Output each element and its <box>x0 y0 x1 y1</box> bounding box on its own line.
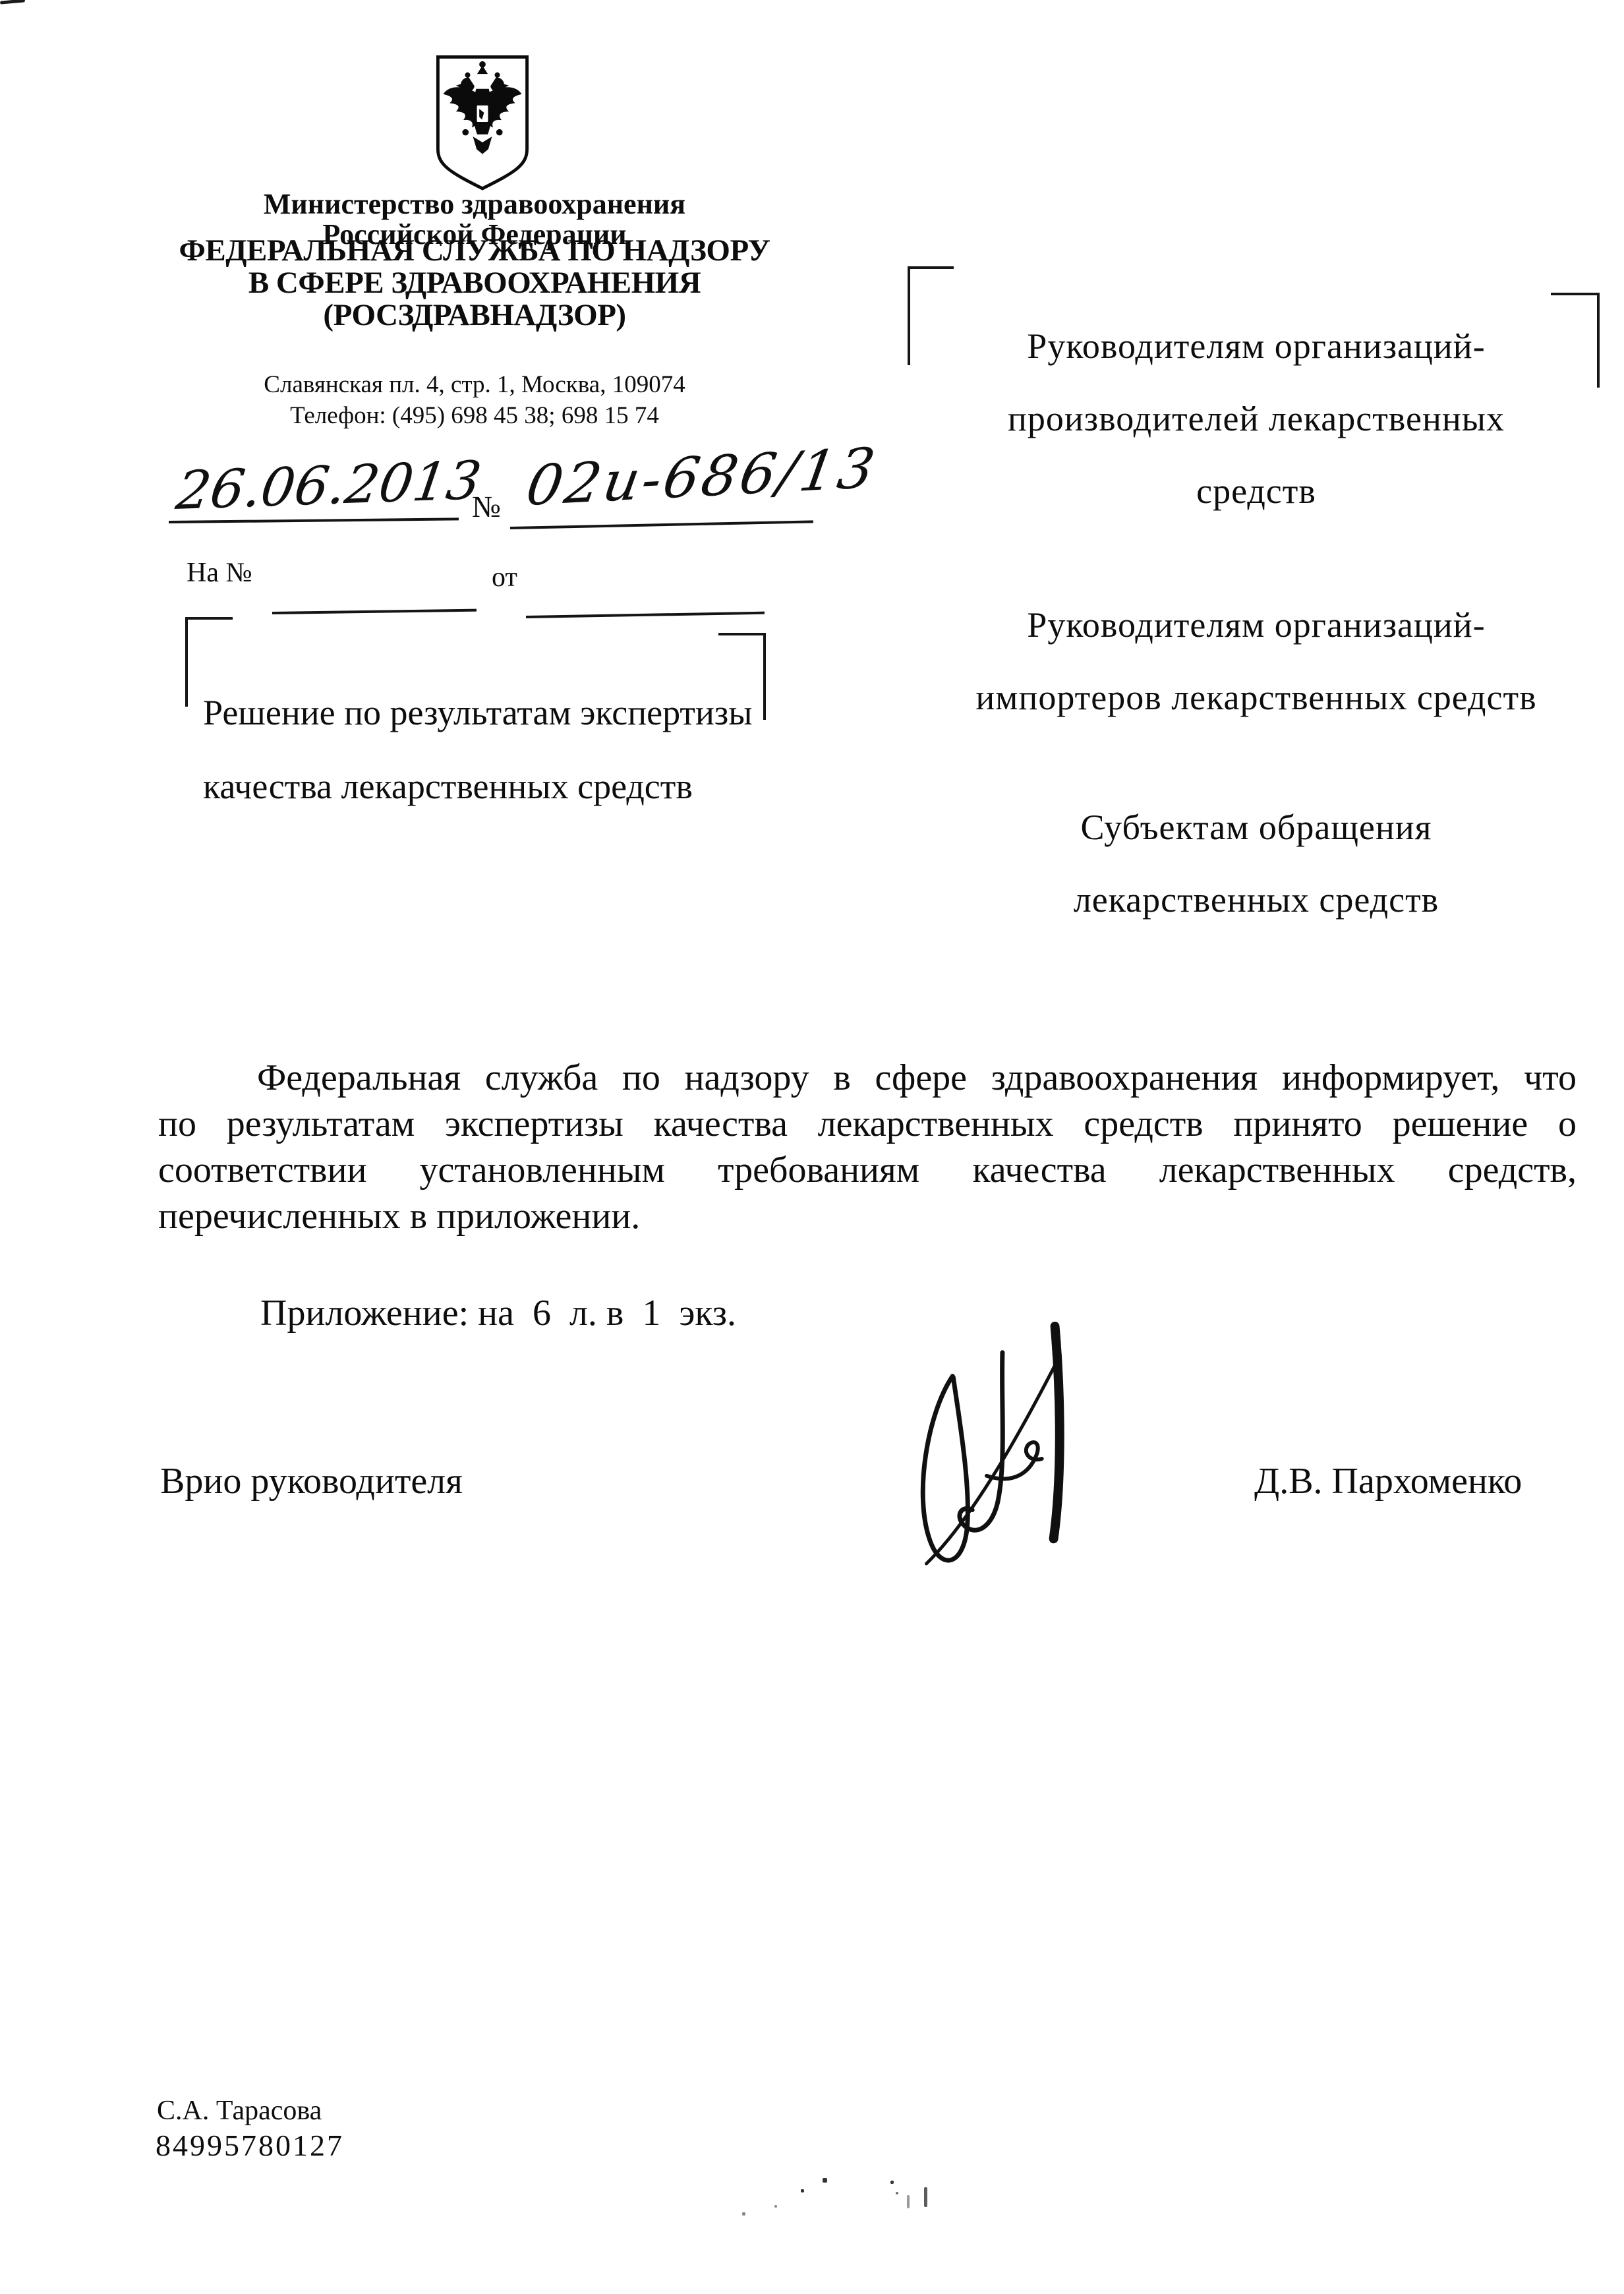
subject-line-2: качества лекарственных средств <box>203 750 796 823</box>
scan-artifact-dash <box>0 0 25 5</box>
reply-to-label: На № <box>187 557 252 589</box>
body-line-1: Федеральная служба по надзору в сфере зд… <box>158 1055 1577 1101</box>
handwritten-number: 02и-686/13 <box>522 436 882 518</box>
body-paragraph: Федеральная служба по надзору в сфере зд… <box>158 1055 1577 1239</box>
addressee-group-manufacturers: Руководителям организаций- производителе… <box>949 310 1563 527</box>
signer-position: Врио руководителя <box>160 1460 463 1502</box>
subject-line-1: Решение по результатам экспертизы <box>203 676 796 750</box>
scan-speck <box>774 2205 777 2208</box>
addressee-corner-topleft <box>908 266 954 365</box>
addressee-group-subjects: Субъектам обращения лекарственных средст… <box>949 791 1563 936</box>
scan-speck <box>801 2189 804 2192</box>
handwritten-date: 26.06.2013 <box>173 450 485 521</box>
addressee-line: Субъектам обращения <box>949 791 1563 864</box>
service-name: ФЕДЕРАЛЬНАЯ СЛУЖБА ПО НАДЗОРУ В СФЕРЕ ЗД… <box>158 235 791 332</box>
letterhead-address: Славянская пл. 4, стр. 1, Москва, 109074 <box>158 369 791 400</box>
reply-number-blank <box>272 609 477 614</box>
russia-coat-of-arms-icon <box>428 53 536 194</box>
letterhead-phone: Телефон: (495) 698 45 38; 698 15 74 <box>158 400 791 431</box>
service-line-1: ФЕДЕРАЛЬНАЯ СЛУЖБА ПО НАДЗОРУ <box>158 235 791 267</box>
reply-from-label: от <box>492 562 517 593</box>
signer-name: Д.В. Пархоменко <box>1254 1460 1522 1502</box>
scan-speck <box>823 2178 827 2183</box>
letterhead-contact: Славянская пл. 4, стр. 1, Москва, 109074… <box>158 369 791 431</box>
body-line-4: перечисленных в приложении. <box>158 1193 1577 1239</box>
service-line-3: (РОСЗДРАВНАДЗОР) <box>158 299 791 332</box>
addressee-line: Руководителям организаций- <box>949 589 1563 661</box>
body-line-3: соответствии установленным требованиям к… <box>158 1147 1577 1193</box>
scan-speck <box>907 2195 910 2208</box>
ministry-line-1: Министерство здравоохранения <box>158 189 791 220</box>
addressee-group-importers: Руководителям организаций- импортеров ле… <box>949 589 1563 734</box>
scan-speck <box>896 2192 898 2194</box>
subject-block: Решение по результатам экспертизы качест… <box>203 676 796 823</box>
number-sign: № <box>472 489 501 524</box>
scan-speck <box>924 2187 927 2207</box>
body-line-2: по результатам экспертизы качества лекар… <box>158 1101 1577 1147</box>
addressee-line: импортеров лекарственных средств <box>949 661 1563 734</box>
executor-name: С.А. Тарасова <box>157 2095 322 2127</box>
number-underline <box>510 520 813 529</box>
attachment-note: Приложение: на 6 л. в 1 экз. <box>260 1292 736 1334</box>
scan-speck <box>890 2181 894 2184</box>
addressee-line: производителей лекарственных <box>949 382 1563 455</box>
addressee-line: лекарственных средств <box>949 864 1563 936</box>
reply-date-blank <box>526 612 765 618</box>
scan-speck <box>742 2212 745 2216</box>
scanned-letter-page: Министерство здравоохранения Российской … <box>0 0 1624 2294</box>
addressee-line: Руководителям организаций- <box>949 310 1563 382</box>
service-line-2: В СФЕРЕ ЗДРАВООХРАНЕНИЯ <box>158 267 791 299</box>
handwritten-signature <box>888 1320 1101 1582</box>
addressee-line: средств <box>949 455 1563 527</box>
executor-phone: 84995780127 <box>156 2128 344 2163</box>
